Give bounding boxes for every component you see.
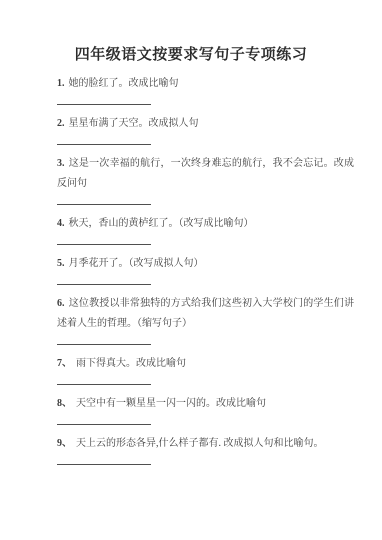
- item-number: 8、: [57, 398, 72, 409]
- exercise-list: 1.她的脸红了。改成比喻句 2.星星布满了天空。改成拟人句 3.这是一次幸福的航…: [0, 74, 382, 474]
- answer-line: [57, 234, 151, 245]
- item-number: 5.: [57, 258, 65, 269]
- answer-line: [57, 454, 151, 465]
- item-sentence: 天上云的形态各异,什么样子都有. 改成拟人句和比喻句。: [76, 438, 324, 449]
- answer-blank: [57, 454, 382, 474]
- answer-line: [57, 194, 151, 205]
- answer-line: [57, 374, 151, 385]
- item-sentence: 这位教授以非常独特的方式给我们这些初入大学校门的学生们讲述着人生的哲理。（缩写句…: [57, 298, 354, 329]
- exercise-item: 9、天上云的形态各异,什么样子都有. 改成拟人句和比喻句。: [57, 434, 354, 454]
- item-number: 7、: [57, 358, 72, 369]
- exercise-item: 1.她的脸红了。改成比喻句: [57, 74, 354, 94]
- answer-blank: [57, 94, 382, 114]
- item-sentence: 这是一次幸福的航行，一次终身难忘的航行，我不会忘记。改成反问句: [57, 158, 354, 189]
- item-number: 6.: [57, 298, 65, 309]
- answer-line: [57, 414, 151, 425]
- item-number: 2.: [57, 118, 65, 129]
- answer-line: [57, 274, 151, 285]
- exercise-item: 4.秋天，香山的黄栌红了。（改写成比喻句）: [57, 214, 354, 234]
- item-sentence: 雨下得真大。改成比喻句: [76, 358, 186, 369]
- item-sentence: 秋天，香山的黄栌红了。（改写成比喻句）: [69, 218, 254, 229]
- item-sentence: 她的脸红了。改成比喻句: [69, 78, 179, 89]
- item-number: 9、: [57, 438, 72, 449]
- exercise-item: 7、雨下得真大。改成比喻句: [57, 354, 354, 374]
- item-sentence: 天空中有一颗星星一闪一闪的。改成比喻句: [76, 398, 266, 409]
- answer-blank: [57, 234, 382, 254]
- answer-blank: [57, 134, 382, 154]
- exercise-item: 3.这是一次幸福的航行，一次终身难忘的航行，我不会忘记。改成反问句: [57, 154, 354, 194]
- answer-blank: [57, 274, 382, 294]
- answer-blank: [57, 194, 382, 214]
- exercise-item: 6.这位教授以非常独特的方式给我们这些初入大学校门的学生们讲述着人生的哲理。（缩…: [57, 294, 354, 334]
- answer-blank: [57, 374, 382, 394]
- answer-line: [57, 334, 151, 345]
- worksheet-page: 四年级语文按要求写句子专项练习 1.她的脸红了。改成比喻句 2.星星布满了天空。…: [0, 0, 382, 540]
- item-number: 1.: [57, 78, 65, 89]
- item-sentence: 星星布满了天空。改成拟人句: [69, 118, 199, 129]
- exercise-item: 2.星星布满了天空。改成拟人句: [57, 114, 354, 134]
- answer-line: [57, 94, 151, 105]
- answer-blank: [57, 334, 382, 354]
- item-number: 3.: [57, 158, 65, 169]
- exercise-item: 5.月季花开了。（改写成拟人句）: [57, 254, 354, 274]
- exercise-item: 8、天空中有一颗星星一闪一闪的。改成比喻句: [57, 394, 354, 414]
- answer-line: [57, 134, 151, 145]
- worksheet-title: 四年级语文按要求写句子专项练习: [20, 46, 362, 64]
- answer-blank: [57, 414, 382, 434]
- item-number: 4.: [57, 218, 65, 229]
- item-sentence: 月季花开了。（改写成拟人句）: [69, 258, 204, 269]
